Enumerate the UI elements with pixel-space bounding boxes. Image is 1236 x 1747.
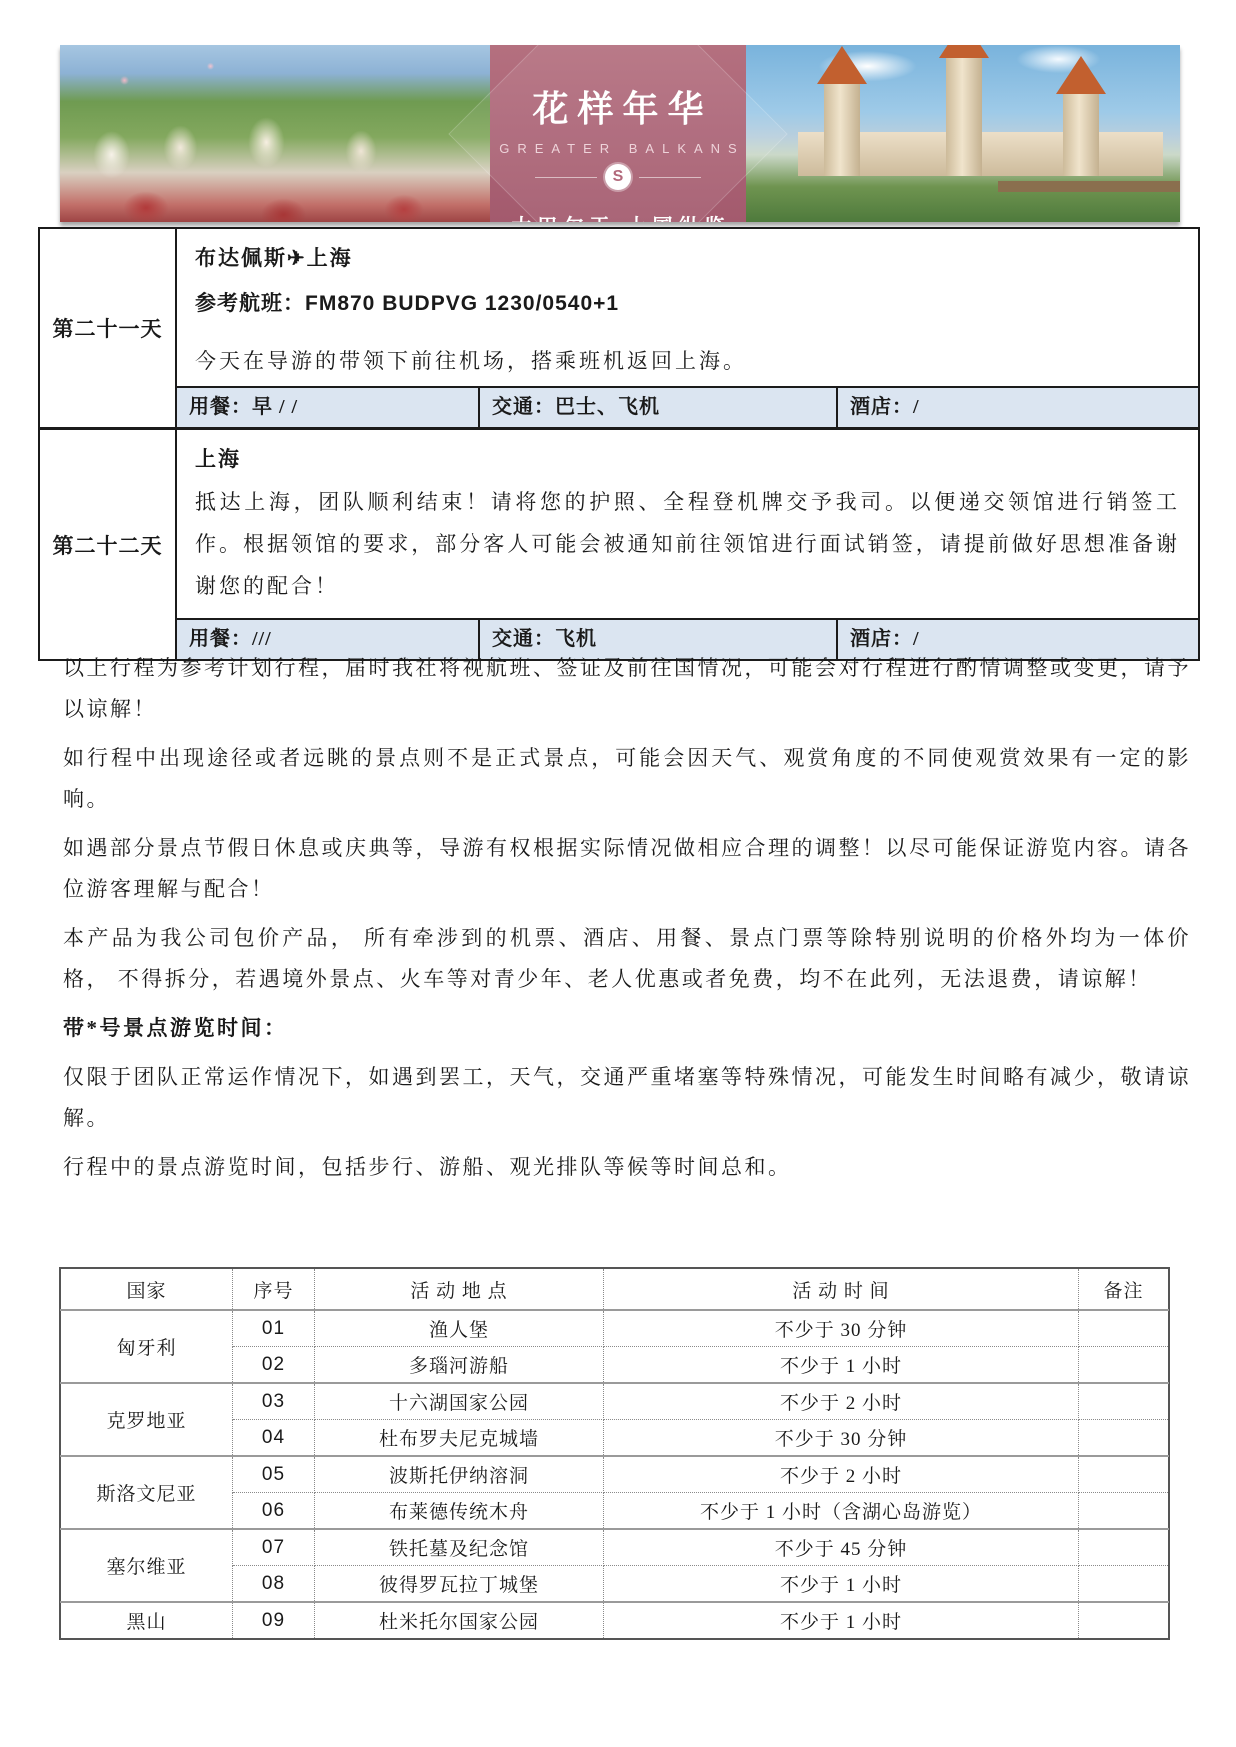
remark-cell: [1079, 1456, 1169, 1493]
hotel-cell: 酒店：/: [838, 388, 1198, 427]
table-row: 匈牙利 01 渔人堡 不少于 30 分钟: [61, 1310, 1169, 1347]
banner-subtitle: GREATER BALKANS: [491, 141, 744, 156]
table-row: 斯洛文尼亚 05 波斯托伊纳溶洞 不少于 2 小时: [61, 1456, 1169, 1493]
remark-cell: [1079, 1420, 1169, 1457]
time-cell: 不少于 2 小时: [604, 1383, 1079, 1420]
remark-cell: [1079, 1529, 1169, 1566]
itinerary-row-day21: 第二十一天 布达佩斯✈上海 参考航班：FM870 BUDPVG 1230/054…: [40, 229, 1198, 427]
note-paragraph: 行程中的景点游览时间，包括步行、游船、观光排队等候等时间总和。: [63, 1147, 1191, 1188]
time-cell: 不少于 30 分钟: [604, 1310, 1079, 1347]
meals-cell: 用餐：早 / /: [177, 388, 480, 427]
flight-number: FM870 BUDPVG 1230/0540+1: [305, 292, 619, 315]
country-cell: 塞尔维亚: [61, 1529, 233, 1602]
seq-cell: 02: [233, 1347, 315, 1384]
time-cell: 不少于 1 小时（含湖心岛游览）: [604, 1493, 1079, 1530]
place-cell: 多瑙河游船: [315, 1347, 604, 1384]
time-cell: 不少于 1 小时: [604, 1566, 1079, 1603]
divider-line: [639, 177, 701, 178]
banner-divider: S: [535, 164, 701, 190]
place-cell: 布莱德传统木舟: [315, 1493, 604, 1530]
divider-line: [535, 177, 597, 178]
banner-center-panel: 花样年华 GREATER BALKANS S 大巴尔干 十国纵览: [490, 45, 746, 222]
seq-cell: 09: [233, 1602, 315, 1639]
remark-cell: [1079, 1493, 1169, 1530]
note-paragraph: 如行程中出现途径或者远眺的景点则不是正式景点，可能会因天气、观赏角度的不同使观赏…: [63, 738, 1191, 820]
seq-cell: 03: [233, 1383, 315, 1420]
seq-cell: 08: [233, 1566, 315, 1603]
route-title: 布达佩斯✈上海: [195, 242, 1180, 272]
country-cell: 黑山: [61, 1602, 233, 1639]
place-cell: 彼得罗瓦拉丁城堡: [315, 1566, 604, 1603]
place-cell: 杜布罗夫尼克城墙: [315, 1420, 604, 1457]
day-description: 抵达上海，团队顺利结束！请将您的护照、全程登机牌交予我司。以便递交领馆进行销签工…: [195, 481, 1180, 607]
remark-cell: [1079, 1566, 1169, 1603]
notes-section: 以上行程为参考计划行程，届时我社将视航班、签证及前往国情况，可能会对行程进行酌情…: [63, 648, 1191, 1196]
banner-photo-dancers: [60, 45, 490, 222]
place-cell: 渔人堡: [315, 1310, 604, 1347]
route-title: 上海: [195, 443, 1180, 473]
seq-cell: 05: [233, 1456, 315, 1493]
time-cell: 不少于 1 小时: [604, 1347, 1079, 1384]
place-cell: 杜米托尔国家公园: [315, 1602, 604, 1639]
itinerary-row-day22: 第二十二天 上海 抵达上海，团队顺利结束！请将您的护照、全程登机牌交予我司。以便…: [40, 427, 1198, 659]
place-cell: 铁托墓及纪念馆: [315, 1529, 604, 1566]
note-paragraph: 如遇部分景点节假日休息或庆典等，导游有权根据实际情况做相应合理的调整！以尽可能保…: [63, 828, 1191, 910]
place-cell: 十六湖国家公园: [315, 1383, 604, 1420]
flight-info: 参考航班：FM870 BUDPVG 1230/0540+1: [195, 287, 1180, 317]
brand-logo-icon: S: [605, 164, 631, 190]
time-cell: 不少于 2 小时: [604, 1456, 1079, 1493]
header-place: 活 动 地 点: [315, 1269, 604, 1311]
day-label: 第二十二天: [40, 430, 177, 659]
country-cell: 斯洛文尼亚: [61, 1456, 233, 1529]
day-description: 今天在导游的带领下前往机场，搭乘班机返回上海。: [195, 347, 1180, 375]
header-remark: 备注: [1079, 1269, 1169, 1311]
castle-bridge-shape: [998, 181, 1180, 192]
table-row: 克罗地亚 03 十六湖国家公园 不少于 2 小时: [61, 1383, 1169, 1420]
note-paragraph: 以上行程为参考计划行程，届时我社将视航班、签证及前往国情况，可能会对行程进行酌情…: [63, 648, 1191, 730]
note-heading-starred-sights: 带*号景点游览时间：: [63, 1008, 1191, 1049]
castle-tower-shape: [824, 84, 860, 176]
itinerary-table: 第二十一天 布达佩斯✈上海 参考航班：FM870 BUDPVG 1230/054…: [38, 227, 1200, 661]
header-seq: 序号: [233, 1269, 315, 1311]
country-cell: 克罗地亚: [61, 1383, 233, 1456]
time-cell: 不少于 1 小时: [604, 1602, 1079, 1639]
day-label: 第二十一天: [40, 229, 177, 427]
activity-header-row: 国家 序号 活 动 地 点 活 动 时 间 备注: [61, 1269, 1169, 1311]
banner-photo-castle: [746, 45, 1180, 222]
castle-tower-shape: [1063, 94, 1099, 176]
time-cell: 不少于 45 分钟: [604, 1529, 1079, 1566]
table-row: 塞尔维亚 07 铁托墓及纪念馆 不少于 45 分钟: [61, 1529, 1169, 1566]
remark-cell: [1079, 1347, 1169, 1384]
flight-label: 参考航班：: [195, 291, 305, 315]
note-paragraph: 本产品为我公司包价产品， 所有牵涉到的机票、酒店、用餐、景点门票等除特别说明的价…: [63, 918, 1191, 1000]
header-time: 活 动 时 间: [604, 1269, 1079, 1311]
banner-title: 花样年华: [523, 81, 712, 132]
note-paragraph: 仅限于团队正常运作情况下，如遇到罢工，天气，交通严重堵塞等特殊情况，可能发生时间…: [63, 1057, 1191, 1139]
day-content: 上海 抵达上海，团队顺利结束！请将您的护照、全程登机牌交予我司。以便递交领馆进行…: [177, 430, 1198, 618]
banner: 花样年华 GREATER BALKANS S 大巴尔干 十国纵览: [60, 45, 1180, 222]
meal-transport-hotel-row: 用餐：早 / / 交通：巴士、飞机 酒店：/: [177, 386, 1198, 427]
seq-cell: 06: [233, 1493, 315, 1530]
transport-cell: 交通：巴士、飞机: [480, 388, 838, 427]
seq-cell: 04: [233, 1420, 315, 1457]
remark-cell: [1079, 1602, 1169, 1639]
day-content: 布达佩斯✈上海 参考航班：FM870 BUDPVG 1230/0540+1 今天…: [177, 229, 1198, 386]
time-cell: 不少于 30 分钟: [604, 1420, 1079, 1457]
table-row: 黑山 09 杜米托尔国家公园 不少于 1 小时: [61, 1602, 1169, 1639]
seq-cell: 01: [233, 1310, 315, 1347]
remark-cell: [1079, 1310, 1169, 1347]
banner-tagline: 大巴尔干 十国纵览: [506, 210, 731, 222]
country-cell: 匈牙利: [61, 1310, 233, 1383]
remark-cell: [1079, 1383, 1169, 1420]
place-cell: 波斯托伊纳溶洞: [315, 1456, 604, 1493]
activity-time-table: 国家 序号 活 动 地 点 活 动 时 间 备注 匈牙利 01 渔人堡 不少于 …: [60, 1268, 1169, 1639]
header-country: 国家: [61, 1269, 233, 1311]
seq-cell: 07: [233, 1529, 315, 1566]
day-detail: 上海 抵达上海，团队顺利结束！请将您的护照、全程登机牌交予我司。以便递交领馆进行…: [177, 430, 1198, 659]
day-detail: 布达佩斯✈上海 参考航班：FM870 BUDPVG 1230/0540+1 今天…: [177, 229, 1198, 427]
castle-tower-shape: [946, 58, 982, 176]
